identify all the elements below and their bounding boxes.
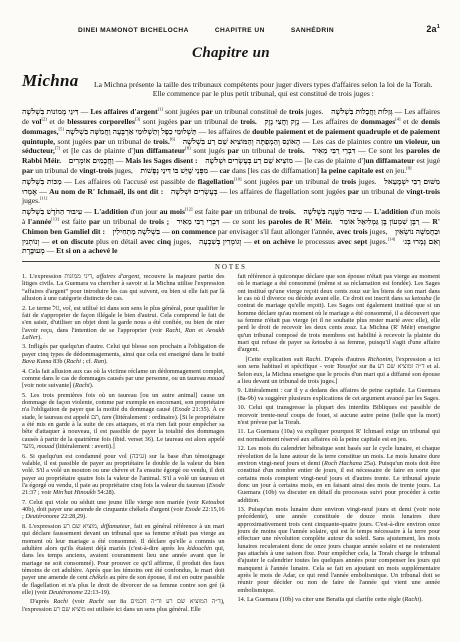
note-citation: mouad bbox=[37, 443, 54, 450]
note-citation: Deutéronome bbox=[25, 513, 59, 520]
french-text: sont jugées bbox=[242, 177, 282, 186]
note-item: 1. L'expression דיני ממונות, affaires d'… bbox=[22, 273, 225, 302]
note-text: ). bbox=[38, 334, 42, 341]
note-citation: ketouba bbox=[312, 339, 332, 346]
french-text: et on discute bbox=[52, 237, 94, 246]
french-text: trois. bbox=[240, 117, 257, 126]
french-text bbox=[61, 156, 69, 165]
french-text: par bbox=[180, 117, 191, 126]
note-citation: affaires d'argent bbox=[97, 273, 140, 280]
french-text: le processus bbox=[295, 237, 337, 246]
note-text: ; cf. bbox=[81, 358, 94, 365]
note-text: 25a). Puisqu'un mois doit être constitué… bbox=[238, 460, 441, 504]
note-item: 12. Les mois du calendrier hébraïque son… bbox=[238, 445, 441, 504]
note-citation: Rachi bbox=[404, 596, 419, 603]
french-text: un tribunal de bbox=[293, 177, 342, 186]
french-text: dans [les cas de diffamation] bbox=[230, 166, 321, 175]
french-text: et [le cas de plainte d'] bbox=[60, 146, 135, 155]
note-text: 6. Si quelqu'un est condamné pour vol (ג… bbox=[22, 453, 225, 489]
french-text: est faite bbox=[193, 207, 221, 216]
hebrew-phrase: בְּעֶשְׂרִים וּשְׁלֹשָׁה bbox=[171, 187, 218, 196]
french-text: est jugé bbox=[415, 156, 440, 165]
french-text: un tribunal de bbox=[239, 146, 288, 155]
french-text bbox=[332, 217, 340, 226]
french-text: en jeu. bbox=[384, 166, 406, 175]
french-text: — bbox=[79, 107, 91, 116]
note-citation: Exode bbox=[175, 406, 191, 413]
french-text: trois ; bbox=[149, 217, 169, 226]
note-citation: Ran bbox=[94, 358, 104, 365]
french-text: L'addition bbox=[94, 207, 128, 216]
notes-left-column: 1. L'expression דיני ממונות, affaires d'… bbox=[22, 273, 225, 615]
french-text: un tribunal de bbox=[100, 217, 149, 226]
french-text bbox=[163, 187, 171, 196]
french-text: juges, bbox=[171, 237, 199, 246]
french-text: blessures corporelles bbox=[67, 117, 135, 126]
note-text: 3. Infligés par quelqu'un d'autre. Celui… bbox=[22, 343, 225, 357]
french-text bbox=[105, 227, 113, 236]
mishna-paragraph: עִיבּוּר הַחֹדֶשׁ בִּשְׁלֹשָׁה — L'addit… bbox=[22, 207, 440, 256]
french-text: par bbox=[348, 187, 359, 196]
french-text: d'un jour bbox=[128, 207, 159, 216]
note-citation: Exode bbox=[185, 506, 201, 513]
french-text: — bbox=[45, 246, 56, 255]
tractate-name: SANHÉDRIN bbox=[291, 27, 334, 34]
french-text: sont jugés bbox=[191, 146, 228, 155]
french-text: la peine capitale est bbox=[321, 166, 384, 175]
hebrew-phrase: רַבָּן שִׁמְעוֹן בֶּן גַּמְלִיאֵל אוֹמֵר bbox=[340, 217, 420, 226]
note-citation: zouz bbox=[345, 324, 356, 331]
hebrew-phrase: מוֹצִיא שֵׁם רַע בְּעֶשְׂרִים וּשְׁלֹשָׁ… bbox=[205, 156, 293, 165]
hebrew-phrase: הָאוֹנֵס וְהַמְפַתֶּה וְהַמּוֹצִיא שֵׁם … bbox=[183, 137, 301, 146]
french-text: trois. bbox=[279, 207, 296, 216]
note-citation: kidouchin bbox=[187, 545, 212, 552]
hebrew-phrase: דִּבְרֵי רַבִּי מֵאִיר bbox=[312, 146, 355, 155]
note-text: et bbox=[195, 327, 206, 334]
french-text: un tribunal de bbox=[33, 166, 79, 175]
note-text: 1. L'expression דיני ממונות, bbox=[22, 273, 97, 280]
french-text: Et si on a achevé le bbox=[56, 246, 117, 255]
note-citation: Roch Hachana bbox=[324, 460, 362, 467]
french-text: — bbox=[114, 156, 126, 165]
hebrew-phrase: מַכּוֹת בִּשְׁלֹשָׁה bbox=[22, 177, 62, 186]
note-citation: Exode bbox=[209, 482, 225, 489]
notes-columns: 1. L'expression דיני ממונות, affaires d'… bbox=[22, 273, 440, 615]
note-item: D'après Rachi (voir Rachi sur 8a ד״ה המו… bbox=[22, 598, 225, 613]
french-text: — Les affaires de bbox=[299, 117, 360, 126]
french-text: par bbox=[228, 146, 239, 155]
french-text: — les affaires de flagellation sont jugé… bbox=[218, 187, 348, 196]
french-text: un tribunal de bbox=[359, 187, 406, 196]
french-text: par bbox=[201, 107, 212, 116]
french-text: est faite bbox=[59, 217, 89, 226]
note-text: D'après bbox=[30, 598, 53, 605]
note-item: 10. Celui qui transgresse la plupart des… bbox=[238, 404, 441, 426]
hebrew-phrase: וְגוֹמְרִין בְּשִׁבְעָה bbox=[199, 237, 241, 246]
french-text: vingt-trois bbox=[406, 187, 440, 196]
french-text: juges. bbox=[22, 196, 40, 205]
hebrew-phrase: דִּינֵי מָמוֹנוֹת בִּשְׁלֹשָׁה bbox=[22, 107, 79, 116]
note-citation: Deutéronome bbox=[49, 589, 83, 596]
note-item: fait référence à quiconque déclare que s… bbox=[238, 273, 441, 354]
french-text: — [le cas de plainte d'] bbox=[293, 156, 366, 165]
note-citation: Rachi bbox=[53, 598, 68, 605]
french-text: vingt-trois bbox=[79, 166, 113, 175]
french-text: par envisager s'il faut allonger l'année… bbox=[216, 227, 337, 236]
note-reference: [10] bbox=[234, 176, 242, 181]
note-reference: [11] bbox=[40, 196, 47, 201]
french-text: trois. bbox=[153, 137, 170, 146]
french-text: un tribunal de bbox=[192, 117, 241, 126]
french-text: un tribunal de bbox=[106, 137, 154, 146]
french-text: juges, bbox=[368, 227, 396, 236]
note-item: 11. La Guemara (10a) va expliquer pourqu… bbox=[238, 428, 441, 443]
note-text: 40b), doit payer une amende de cinquante… bbox=[22, 506, 185, 513]
note-item: 8. L'expression מוציא שם רע, diffamateur… bbox=[22, 523, 225, 596]
french-text: — bbox=[419, 217, 432, 226]
french-text bbox=[175, 137, 183, 146]
folio-page: 2a bbox=[426, 24, 436, 34]
french-text: L'addition bbox=[374, 207, 408, 216]
french-text: — bbox=[208, 166, 219, 175]
hebrew-phrase: עִיבּוּר הַשָּׁנָה בִּשְׁלֹשָׁה bbox=[303, 207, 362, 216]
note-text: 22:28,29). bbox=[59, 513, 86, 520]
hebrew-phrase: עִיבּוּר הַחֹדֶשׁ בִּשְׁלֹשָׁה bbox=[22, 207, 82, 216]
note-item: [Cette explication suit Rachi. D'après d… bbox=[238, 356, 441, 385]
note-text: 21:37 ; voir bbox=[22, 489, 53, 496]
folio-number: 2a1 bbox=[426, 24, 440, 34]
note-item: 5. Les trois premières fois où un taurea… bbox=[22, 392, 225, 451]
note-item: 14. La Guemara (10b) va citer une Beraït… bbox=[238, 596, 441, 603]
note-item: 9. Littéralement : car il y a dedans des… bbox=[238, 387, 441, 402]
french-text: et on achève bbox=[254, 237, 295, 246]
note-citation: tam bbox=[102, 414, 111, 421]
note-text: [Cette explication suit bbox=[246, 356, 306, 363]
note-citation: ketouba bbox=[412, 295, 432, 302]
french-text: — Les cas de plaintes contre bbox=[300, 137, 394, 146]
french-text bbox=[169, 217, 177, 226]
page-title: Chapitre un bbox=[22, 45, 440, 62]
french-text: au mois bbox=[160, 207, 185, 216]
french-text: avec trois bbox=[337, 227, 368, 236]
french-text: sont jugées bbox=[163, 107, 201, 116]
french-text: — Ce sont les bbox=[355, 146, 406, 155]
note-citation: zouz bbox=[349, 288, 360, 295]
running-header: DINEI MAMONOT BICHELOCHA CHAPITRE UN SAN… bbox=[22, 24, 440, 34]
french-text: Mais les Sages disent : bbox=[125, 156, 197, 165]
french-text: trois. bbox=[288, 146, 305, 155]
french-text: par bbox=[22, 166, 33, 175]
french-text: juges. bbox=[304, 107, 332, 116]
french-text: flagellation bbox=[198, 177, 234, 186]
french-text: un tribunal de bbox=[232, 207, 279, 216]
french-text: — bbox=[39, 237, 52, 246]
chapter-transliteration: DINEI MAMONOT BICHELOCHA bbox=[78, 27, 189, 34]
chapter-number-label: CHAPITRE UN bbox=[215, 27, 265, 34]
hebrew-phrase: תַּשְׁלוּמֵי כֵפֶל וְתַשְׁלוּמֵי אַרְבָּ… bbox=[66, 127, 197, 136]
note-citation: Rachi bbox=[306, 356, 321, 363]
french-text: par bbox=[281, 177, 292, 186]
hebrew-phrase: בִּשְׁלֹשָׁה מַתְחִילִין bbox=[113, 227, 160, 236]
mishna-paragraph: דִּינֵי מָמוֹנוֹת בִּשְׁלֹשָׁה — Les aff… bbox=[22, 107, 440, 175]
note-text: 9. Littéralement : car il y a dedans des… bbox=[238, 387, 441, 401]
note-citation: Min'hat Hinoukh bbox=[53, 489, 96, 496]
note-text: ). bbox=[419, 596, 423, 603]
note-text: 11. La Guemara (10a) va expliquer pourqu… bbox=[238, 428, 441, 442]
note-citation: Bava Kama bbox=[22, 358, 52, 365]
note-item: 2. Le terme גזל, vol, est utilisé ici da… bbox=[22, 305, 225, 342]
french-text: Au nom de R' Ichmaël, ils ont dit : bbox=[49, 187, 163, 196]
note-reference: [13] bbox=[51, 216, 59, 221]
french-text: plus en détail bbox=[94, 237, 141, 246]
note-citation: Tossefot bbox=[337, 363, 357, 370]
note-citation: Ketoubot bbox=[201, 499, 224, 506]
hebrew-phrase: וַחֲכָמִים אוֹמְרִים bbox=[69, 156, 114, 165]
french-text: juges. bbox=[367, 237, 387, 246]
note-reference: [12] bbox=[185, 207, 193, 212]
french-text: un diffamateur bbox=[365, 156, 414, 165]
note-text: 83b ( bbox=[52, 358, 67, 365]
note-text: ). bbox=[104, 358, 108, 365]
notes-heading: NOTES bbox=[22, 264, 440, 271]
french-text: — ce sont les bbox=[220, 217, 269, 226]
french-text: — bbox=[82, 207, 94, 216]
note-citation: Rachi bbox=[75, 382, 90, 389]
note-item: 7. Celui qui viole ou séduit une jeune f… bbox=[22, 499, 225, 521]
french-text: trois bbox=[342, 177, 357, 186]
note-text: 4. Cela fait allusion aux cas où la vict… bbox=[22, 368, 225, 382]
note-text: 2. Le terme גזל, bbox=[22, 305, 63, 312]
hebrew-phrase: גְּזֵלוֹת וַחֲבָלוֹת בִּשְׁלֹשָׁה bbox=[331, 107, 392, 116]
note-item: 13. Puisqu'un mois lunaire dure environ … bbox=[238, 506, 441, 594]
french-text: Les affaires d'argent bbox=[90, 107, 157, 116]
french-text: l'année bbox=[28, 217, 51, 226]
french-text: un tribunal constitué de bbox=[213, 107, 289, 116]
french-text: — Les affaires où l'accusé est passible … bbox=[62, 177, 198, 186]
french-text: — bbox=[160, 227, 172, 236]
notes-right-column: fait référence à quiconque déclare que s… bbox=[238, 273, 441, 615]
french-text: dommages bbox=[361, 117, 396, 126]
french-text: car bbox=[219, 166, 230, 175]
french-text: — bbox=[362, 207, 374, 216]
note-citation: Rachi, Ran bbox=[166, 327, 196, 334]
mishna-paragraphs: דִּינֵי מָמוֹנוֹת בִּשְׁלֹשָׁה — Les aff… bbox=[22, 107, 440, 256]
french-text: — bbox=[37, 187, 49, 196]
french-text: — bbox=[241, 237, 254, 246]
note-citation: Rachi bbox=[89, 598, 104, 605]
note-text: (voir bbox=[68, 598, 89, 605]
french-text: un diffamateur bbox=[135, 146, 185, 155]
french-text: trois bbox=[289, 107, 304, 116]
french-text: — les affaires de bbox=[197, 127, 252, 136]
note-citation: mouad bbox=[207, 375, 224, 382]
note-text: 8. L'expression מוציא שם רע, bbox=[22, 523, 101, 530]
french-text: juges. bbox=[356, 177, 384, 186]
note-text: 54:28). bbox=[96, 489, 116, 496]
note-text: [voir note suivante] ( bbox=[22, 382, 75, 389]
note-text: (littéralement : averti).] bbox=[54, 443, 115, 450]
note-text: 13. Puisqu'un mois lunaire dure environ … bbox=[238, 506, 441, 594]
french-text: avec sept bbox=[337, 237, 367, 246]
french-text: sont jugées bbox=[55, 137, 94, 146]
french-text bbox=[395, 237, 403, 246]
french-text: sont jugées bbox=[140, 117, 180, 126]
french-text: juges, bbox=[113, 166, 140, 175]
hebrew-phrase: דִּבְרֵי רַבִּי מֵאִיר bbox=[177, 217, 220, 226]
french-text: par bbox=[94, 137, 105, 146]
note-citation: diffamateur bbox=[101, 523, 130, 530]
french-text: et de bbox=[401, 117, 421, 126]
note-text: 22:13-19). bbox=[83, 589, 111, 596]
hebrew-phrase: נֶזֶק וַחֲצִי נֶזֶק bbox=[264, 117, 299, 126]
note-text: 10. Celui qui transgresse la plupart des… bbox=[238, 404, 441, 426]
note-reference: [9] bbox=[406, 166, 411, 171]
talmud-page: DINEI MAMONOT BICHELOCHA CHAPITRE UN SAN… bbox=[0, 0, 460, 642]
note-text: 14. La Guemara (10b) va citer une Beraït… bbox=[238, 596, 405, 603]
note-citation: Richonim bbox=[368, 356, 392, 363]
michna-intro-text: La Michna présente la taille des tribuna… bbox=[87, 80, 440, 99]
notes-divider-rule bbox=[22, 261, 440, 262]
french-text: et de bbox=[47, 117, 67, 126]
note-text: . D'après d'autres bbox=[320, 356, 367, 363]
french-text: par bbox=[89, 217, 100, 226]
running-header-titles: DINEI MAMONOT BICHELOCHA CHAPITRE UN SAN… bbox=[78, 27, 334, 34]
michna-label: Michna bbox=[22, 72, 79, 89]
note-citation: Rachi bbox=[66, 358, 81, 365]
note-citation: chékels bbox=[89, 574, 108, 581]
french-text: on commence bbox=[172, 227, 216, 236]
note-item: 3. Infligés par quelqu'un d'autre. Celui… bbox=[22, 343, 225, 365]
french-text: paroles de R' Méir. bbox=[268, 217, 332, 226]
note-item: 4. Cela fait allusion aux cas où la vict… bbox=[22, 368, 225, 390]
french-text: par bbox=[221, 207, 232, 216]
note-text: ). bbox=[90, 382, 94, 389]
folio-superscript: 1 bbox=[437, 24, 440, 30]
french-text: avec cinq bbox=[140, 237, 171, 246]
mishna-paragraph: מַכּוֹת בִּשְׁלֹשָׁה — Les affaires où l… bbox=[22, 177, 440, 206]
michna-header-block: Michna La Michna présente la taille des … bbox=[22, 72, 440, 106]
hebrew-phrase: מִפְּנֵי שֶׁיֵּשׁ בּוֹ דִּינֵי נְפָשׁוֹת bbox=[140, 166, 208, 175]
note-text: 7. Celui qui viole ou séduit une jeune f… bbox=[22, 499, 201, 506]
note-item: 6. Si quelqu'un est condamné pour vol (ג… bbox=[22, 453, 225, 497]
